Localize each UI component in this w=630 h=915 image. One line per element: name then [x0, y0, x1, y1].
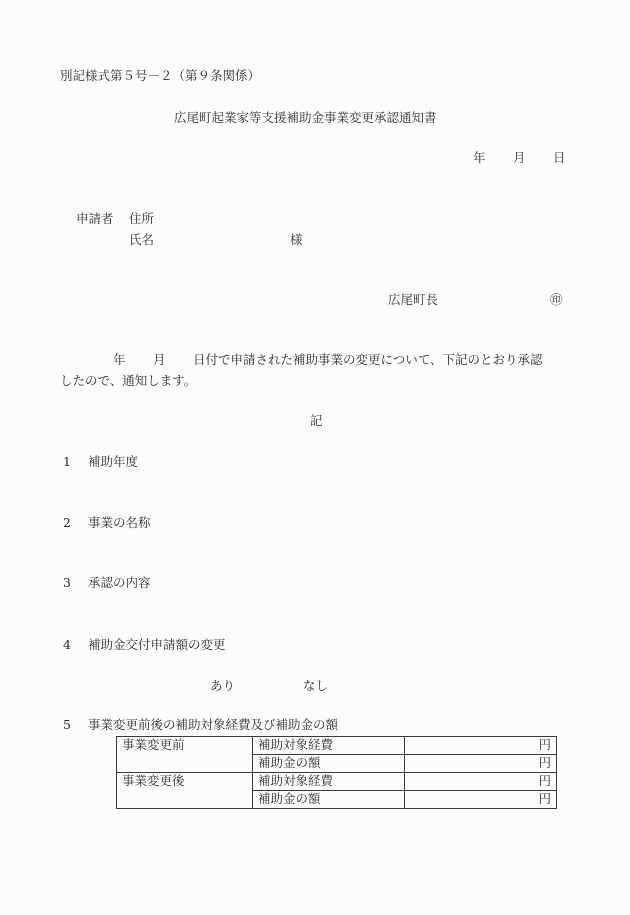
item-2-label: 事業の名称: [88, 515, 151, 531]
item-3-label: 承認の内容: [88, 575, 151, 591]
group-before: 事業変更前: [117, 737, 253, 773]
body-text-line1: 日付で申請された補助事業の変更について、下記のとおり承認: [193, 352, 543, 368]
group-after: 事業変更後: [117, 773, 253, 809]
body-text-line2: したので、通知します。: [60, 373, 196, 389]
item-2-number: 2: [63, 515, 71, 531]
name-label: 氏名: [129, 232, 154, 248]
item-5-number: 5: [63, 717, 71, 733]
option-no[interactable]: なし: [303, 678, 328, 694]
amounts-table: 事業変更前 補助対象経費 円 補助金の額 円 事業変更後 補助対象経費 円 補助…: [116, 736, 557, 809]
item-1-label: 補助年度: [88, 454, 138, 470]
honorific: 様: [290, 232, 303, 248]
document-title: 広尾町起業家等支援補助金事業変更承認通知書: [174, 110, 437, 126]
item-cell: 補助金の額: [253, 791, 405, 809]
applicant-label: 申請者: [76, 211, 114, 227]
seal-icon: ㊞: [550, 292, 563, 308]
option-yes[interactable]: あり: [210, 678, 235, 694]
amount-cell[interactable]: 円: [405, 755, 557, 773]
body-month: 月: [153, 352, 166, 368]
date-day-label: 日: [553, 150, 566, 166]
date-month-label: 月: [513, 150, 526, 166]
ki-heading: 記: [310, 413, 323, 429]
issuer-title: 広尾町長: [388, 292, 438, 308]
item-cell: 補助対象経費: [253, 773, 405, 791]
table-row: 事業変更後 補助対象経費 円: [117, 773, 557, 791]
item-4-label: 補助金交付申請額の変更: [88, 637, 226, 653]
body-year: 年: [113, 352, 126, 368]
item-3-number: 3: [63, 575, 71, 591]
form-number: 別記様式第５号－２（第９条関係）: [60, 68, 260, 84]
item-1-number: 1: [63, 454, 71, 470]
item-cell: 補助金の額: [253, 755, 405, 773]
amount-cell[interactable]: 円: [405, 737, 557, 755]
address-label: 住所: [129, 211, 154, 227]
amount-cell[interactable]: 円: [405, 773, 557, 791]
date-year-label: 年: [473, 150, 486, 166]
item-cell: 補助対象経費: [253, 737, 405, 755]
table-row: 事業変更前 補助対象経費 円: [117, 737, 557, 755]
item-4-number: 4: [63, 637, 71, 653]
item-5-label: 事業変更前後の補助対象経費及び補助金の額: [88, 717, 338, 733]
amount-cell[interactable]: 円: [405, 791, 557, 809]
